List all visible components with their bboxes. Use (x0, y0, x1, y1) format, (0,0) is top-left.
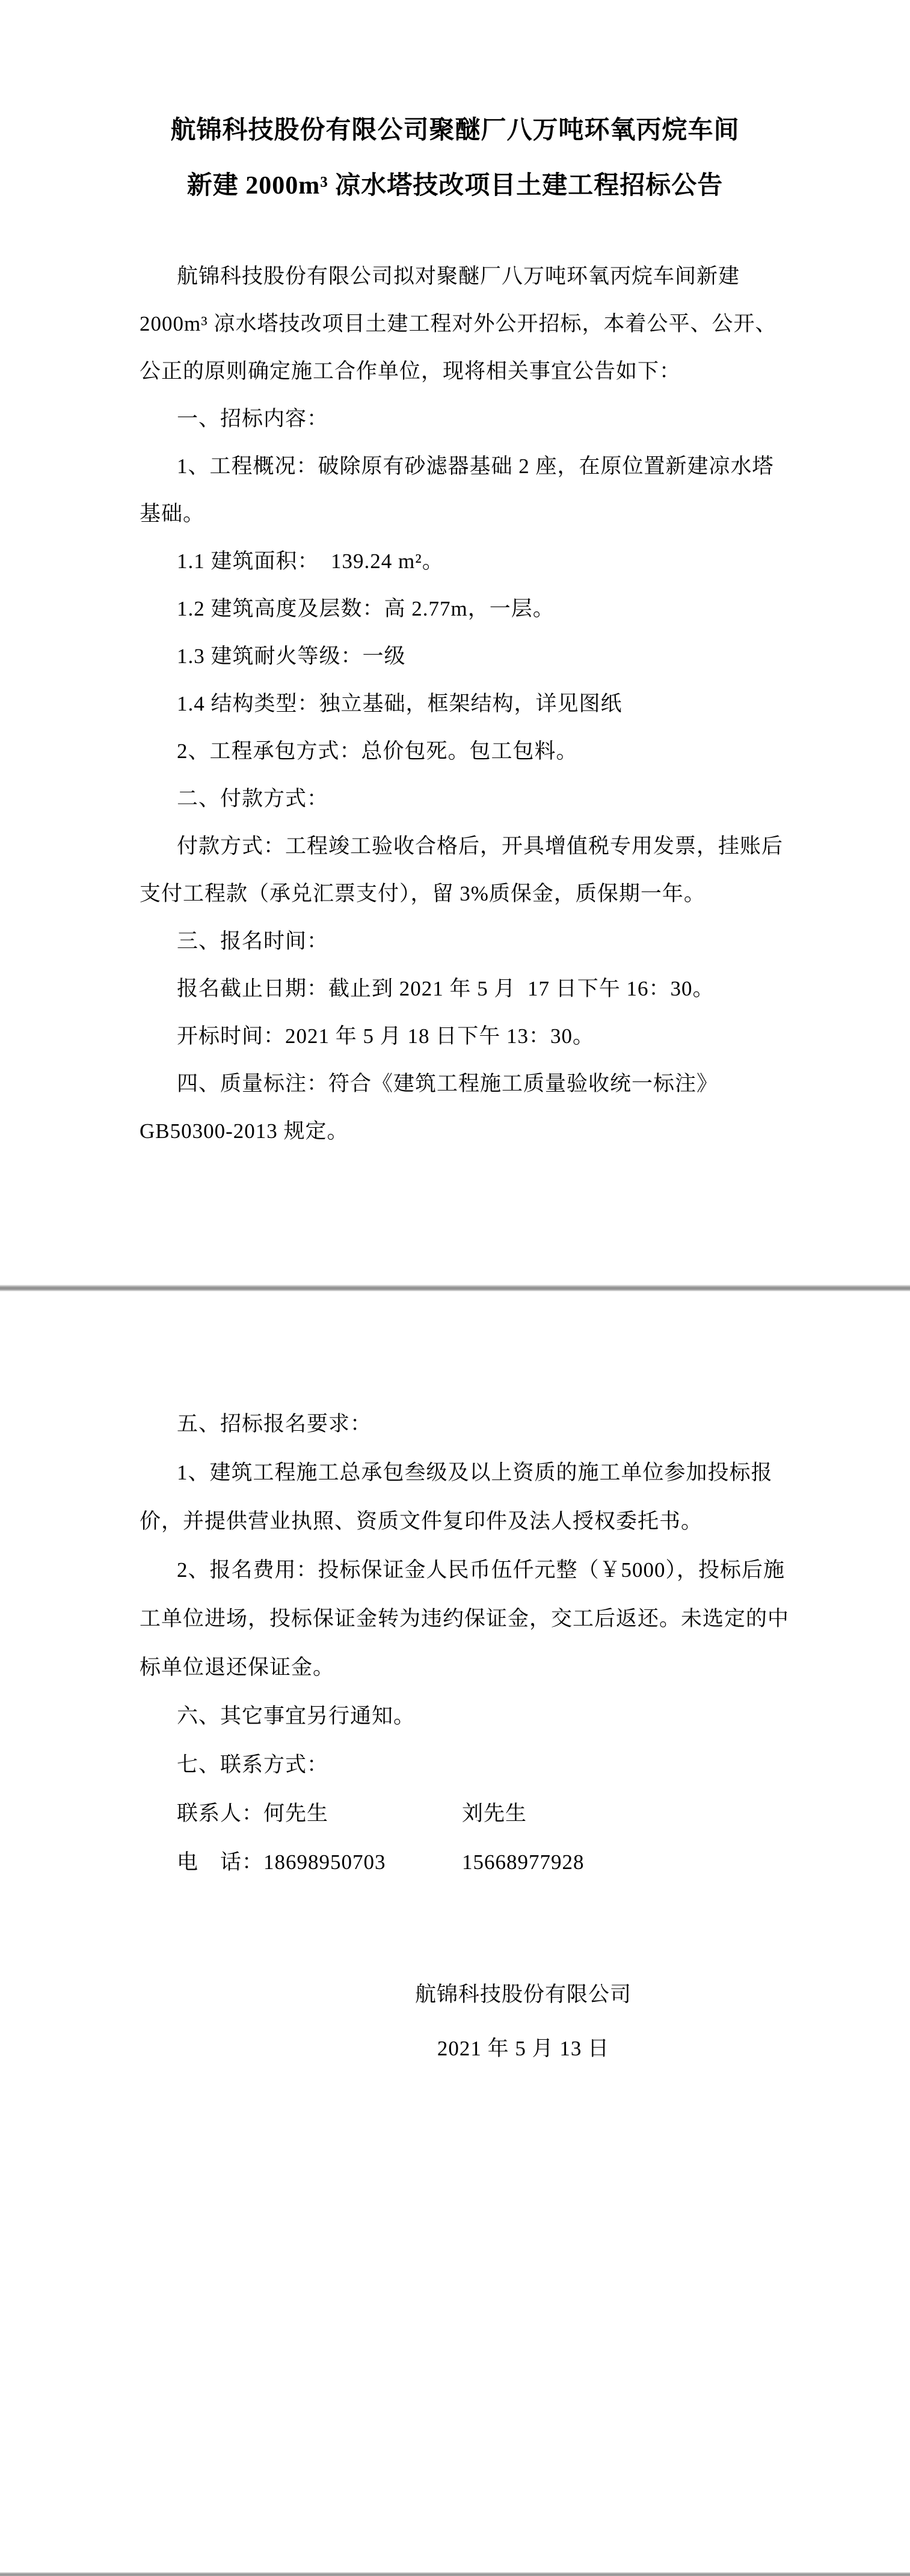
text-line: 标单位退还保证金。 (140, 1643, 774, 1692)
signature-block: 航锦科技股份有限公司 2021 年 5 月 13 日 (140, 1968, 907, 2076)
text-line: 一、招标内容： (140, 395, 774, 442)
text-line: 2、工程承包方式：总价包死。包工包料。 (140, 727, 774, 775)
title-line-1: 航锦科技股份有限公司聚醚厂八万吨环氧丙烷车间 (140, 103, 770, 158)
page1-body-text: 航锦科技股份有限公司拟对聚醚厂八万吨环氧丙烷车间新建2000m³ 凉水塔技改项目… (140, 252, 774, 1155)
text-line: 航锦科技股份有限公司拟对聚醚厂八万吨环氧丙烷车间新建 (140, 252, 774, 300)
text-line: 1、建筑工程施工总承包叁级及以上资质的施工单位参加投标报 (140, 1448, 774, 1497)
text-line: 价，并提供营业执照、资质文件复印件及法人授权委托书。 (140, 1497, 774, 1546)
text-line: 四、质量标注：符合《建筑工程施工质量验收统一标注》 (140, 1060, 774, 1107)
contact-person-secondary: 刘先生 (462, 1802, 527, 1825)
text-line: 1.1 建筑面积： 139.24 m²。 (140, 537, 774, 585)
phone-secondary: 15668977928 (462, 1850, 585, 1874)
text-line: 支付工程款（承兑汇票支付），留 3%质保金，质保期一年。 (140, 870, 774, 917)
text-line: 二、付款方式： (140, 775, 774, 822)
page2-lines: 五、招标报名要求：1、建筑工程施工总承包叁级及以上资质的施工单位参加投标报价，并… (140, 1400, 774, 1789)
text-line: 五、招标报名要求： (140, 1400, 774, 1448)
text-line: 1.3 建筑耐火等级：一级 (140, 632, 774, 680)
signature-company: 航锦科技股份有限公司 (140, 1968, 907, 2022)
page-break-divider (0, 1285, 910, 1291)
text-line: 1、工程概况：破除原有砂滤器基础 2 座，在原位置新建凉水塔 (140, 442, 774, 490)
text-line: 三、报名时间： (140, 917, 774, 965)
document-title: 航锦科技股份有限公司聚醚厂八万吨环氧丙烷车间 新建 2000m³ 凉水塔技改项目… (140, 0, 770, 213)
text-line: 公正的原则确定施工合作单位，现将相关事宜公告如下： (140, 347, 774, 395)
bottom-page-edge (0, 2572, 910, 2576)
text-line: 开标时间：2021 年 5 月 18 日下午 13：30。 (140, 1012, 774, 1060)
text-line: 1.4 结构类型：独立基础，框架结构，详见图纸 (140, 680, 774, 727)
text-line: 1.2 建筑高度及层数：高 2.77m，一层。 (140, 585, 774, 632)
text-line: 六、其它事宜另行通知。 (140, 1692, 774, 1740)
contact-person-primary: 联系人：何先生 (177, 1789, 462, 1838)
contact-row: 联系人：何先生刘先生 (140, 1789, 774, 1838)
text-line: 基础。 (140, 490, 774, 537)
page2-body-text: 五、招标报名要求：1、建筑工程施工总承包叁级及以上资质的施工单位参加投标报价，并… (140, 1291, 774, 1886)
phone-primary: 电 话：18698950703 (177, 1838, 462, 1886)
text-line: 七、联系方式： (140, 1740, 774, 1789)
text-line: 2、报名费用：投标保证金人民币伍仟元整（￥5000），投标后施 (140, 1546, 774, 1594)
document-page-2: 五、招标报名要求：1、建筑工程施工总承包叁级及以上资质的施工单位参加投标报价，并… (0, 1291, 910, 2572)
signature-date: 2021 年 5 月 13 日 (140, 2022, 907, 2076)
text-line: GB50300-2013 规定。 (140, 1107, 774, 1155)
document-page-1: 航锦科技股份有限公司聚醚厂八万吨环氧丙烷车间 新建 2000m³ 凉水塔技改项目… (0, 0, 910, 1285)
text-line: 2000m³ 凉水塔技改项目土建工程对外公开招标，本着公平、公开、 (140, 300, 774, 347)
text-line: 工单位进场，投标保证金转为违约保证金，交工后返还。未选定的中 (140, 1594, 774, 1643)
title-line-2: 新建 2000m³ 凉水塔技改项目土建工程招标公告 (140, 158, 770, 213)
text-line: 报名截止日期：截止到 2021 年 5 月 17 日下午 16：30。 (140, 965, 774, 1012)
text-line: 付款方式：工程竣工验收合格后，开具增值税专用发票，挂账后 (140, 822, 774, 870)
phone-row: 电 话：1869895070315668977928 (140, 1838, 774, 1886)
